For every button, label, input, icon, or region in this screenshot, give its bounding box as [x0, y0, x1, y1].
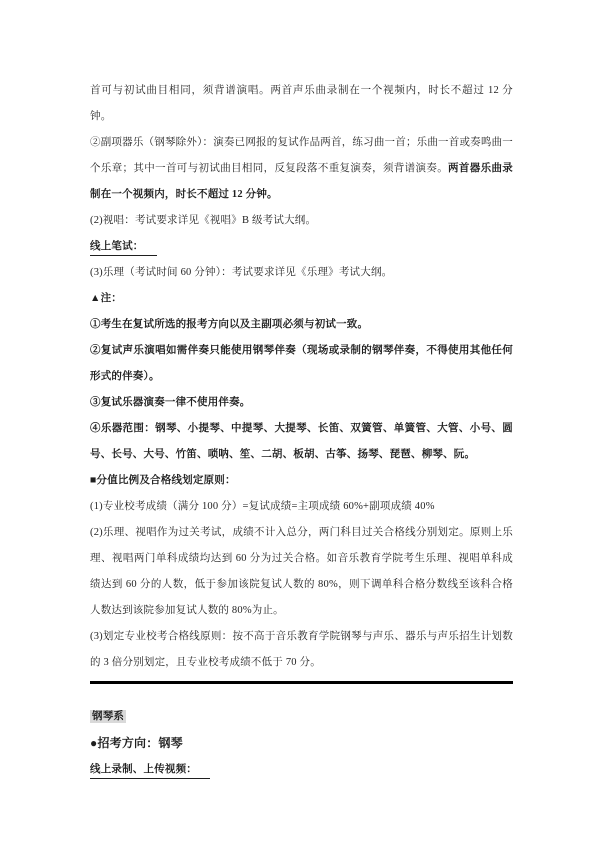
note-item-1: ①考生在复试所选的报考方向以及主副项必须与初试一致。 — [90, 312, 513, 338]
note-item-3: ③复试乐器演奏一律不使用伴奏。 — [90, 390, 513, 416]
sight-singing-paragraph: (2)视唱：考试要求详见《视唱》B 级考试大纲。 — [90, 208, 513, 234]
score-rule-3: (3)划定专业校考合格线原则：按不高于音乐教育学院钢琴与声乐、器乐与声乐招生计划… — [90, 624, 513, 676]
note-item-2: ②复试声乐演唱如需伴奏只能使用钢琴伴奏（现场或录制的钢琴伴奏，不得使用其他任何形… — [90, 338, 513, 390]
online-written-test-heading-text: 线上笔试： — [90, 238, 157, 256]
music-theory-paragraph: (3)乐理（考试时间 60 分钟）：考试要求详见《乐理》考试大纲。 — [90, 260, 513, 286]
instrumental-secondary-paragraph: ②副项器乐（钢琴除外）：演奏已网报的复试作品两首，练习曲一首；乐曲一首或奏鸣曲一… — [90, 130, 513, 208]
piano-department-heading-text: 钢琴系 — [90, 710, 126, 723]
admission-direction-line: ●招考方向：钢琴 — [90, 730, 513, 757]
score-rule-1: (1)专业校考成绩（满分 100 分）=复试成绩=主项成绩 60%+副项成绩 4… — [90, 494, 513, 520]
notes-heading: ▲注： — [90, 286, 513, 312]
note-item-4: ④乐器范围：钢琴、小提琴、中提琴、大提琴、长笛、双簧管、单簧管、大管、小号、圆号… — [90, 416, 513, 468]
online-video-heading-text: 线上录制、上传视频： — [90, 761, 210, 779]
score-ratio-heading: ■分值比例及合格线划定原则： — [90, 468, 513, 494]
continuation-paragraph: 首可与初试曲目相同，须背谱演唱。两首声乐曲录制在一个视频内，时长不超过 12 分… — [90, 78, 513, 130]
score-rule-2: (2)乐理、视唱作为过关考试，成绩不计入总分，两门科目过关合格线分别划定。原则上… — [90, 520, 513, 624]
document-page: 首可与初试曲目相同，须背谱演唱。两首声乐曲录制在一个视频内，时长不超过 12 分… — [0, 0, 600, 849]
online-written-test-heading: 线上笔试： — [90, 234, 513, 260]
online-video-heading: 线上录制、上传视频： — [90, 757, 513, 783]
piano-department-heading: 钢琴系 — [90, 684, 513, 730]
